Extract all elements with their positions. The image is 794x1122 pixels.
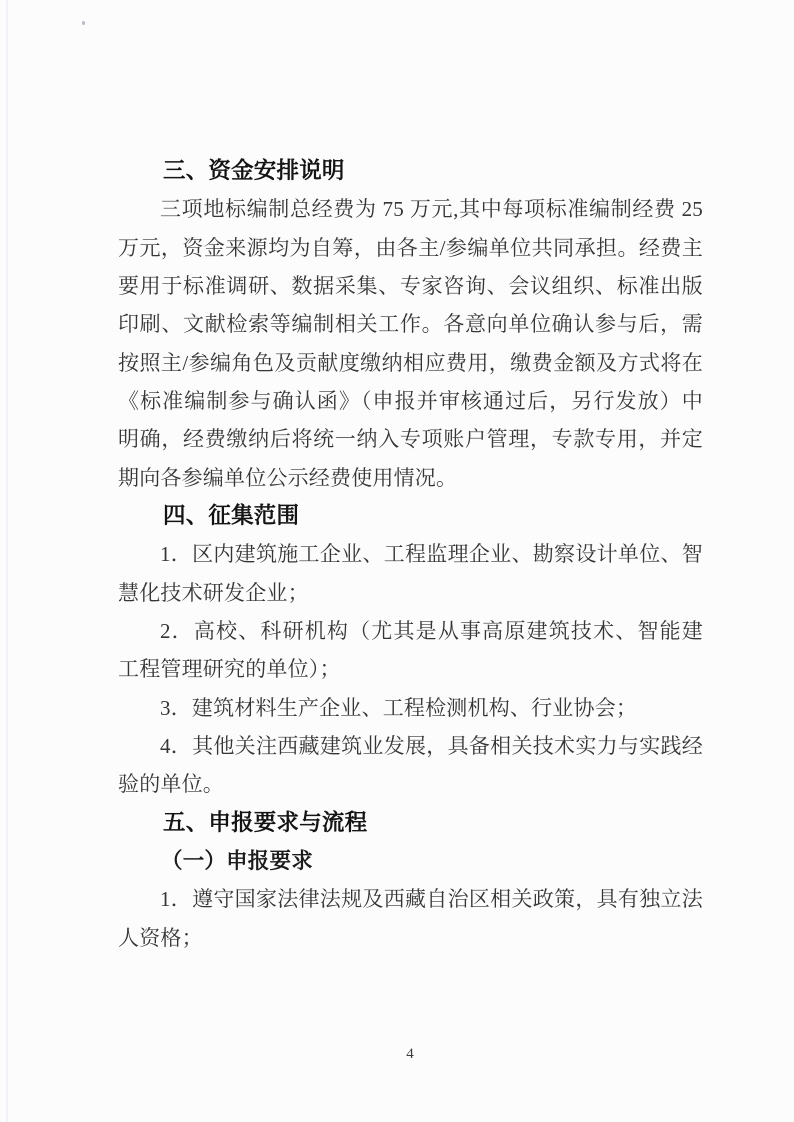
text-line: 4．其他关注西藏建筑业发展，具备相关技术实力与实践经 [118, 727, 703, 765]
text-line: 印刷、文献检索等编制相关工作。各意向单位确认参与后，需 [118, 305, 703, 343]
section-heading-scope: 四、征集范围 [118, 497, 703, 535]
requirement-item-1: 1．遵守国家法律法规及西藏自治区相关政策，具有独立法 人资格； [118, 880, 703, 957]
text-line: 按照主/参编角色及贡献度缴纳相应费用，缴费金额及方式将在 [118, 344, 703, 382]
paragraph-funding-notes: 三项地标编制总经费为 75 万元,其中每项标准编制经费 25 万元，资金来源均为… [118, 190, 703, 497]
section-heading-application: 五、申报要求与流程 [118, 804, 703, 842]
text-line: 期向各参编单位公示经费使用情况。 [118, 459, 703, 497]
scope-item-4: 4．其他关注西藏建筑业发展，具备相关技术实力与实践经 验的单位。 [118, 727, 703, 804]
scan-edge-artifact [6, 0, 8, 1122]
scope-item-3: 3．建筑材料生产企业、工程检测机构、行业协会； [118, 689, 703, 727]
text-line: 3．建筑材料生产企业、工程检测机构、行业协会； [118, 689, 703, 727]
text-line: 2．高校、科研机构（尤其是从事高原建筑技术、智能建造、 [118, 612, 703, 650]
text-line: 明确，经费缴纳后将统一纳入专项账户管理，专款专用，并定 [118, 420, 703, 458]
text-line: 慧化技术研发企业； [118, 574, 703, 612]
scope-item-1: 1．区内建筑施工企业、工程监理企业、勘察设计单位、智 慧化技术研发企业； [118, 535, 703, 612]
section-heading-funding: 三、资金安排说明 [118, 152, 703, 190]
text-line: 1．遵守国家法律法规及西藏自治区相关政策，具有独立法 [118, 880, 703, 918]
text-line: 验的单位。 [118, 765, 703, 803]
document-body: 三、资金安排说明 三项地标编制总经费为 75 万元,其中每项标准编制经费 25 … [118, 152, 703, 957]
text-line: 要用于标准调研、数据采集、专家咨询、会议组织、标准出版 [118, 267, 703, 305]
text-line: 1．区内建筑施工企业、工程监理企业、勘察设计单位、智 [118, 535, 703, 573]
text-line: 人资格； [118, 919, 703, 957]
scope-item-2: 2．高校、科研机构（尤其是从事高原建筑技术、智能建造、 工程管理研究的单位）； [118, 612, 703, 689]
scan-speck [82, 21, 85, 25]
text-line: 万元，资金来源均为自筹，由各主/参编单位共同承担。经费主 [118, 229, 703, 267]
text-line: 《标准编制参与确认函》（申报并审核通过后，另行发放）中 [118, 382, 703, 420]
text-line: 工程管理研究的单位）； [118, 650, 703, 688]
text-line: 三项地标编制总经费为 75 万元,其中每项标准编制经费 25 [118, 190, 703, 228]
page-number: 4 [0, 1044, 794, 1064]
scanned-document-page: 三、资金安排说明 三项地标编制总经费为 75 万元,其中每项标准编制经费 25 … [0, 0, 794, 1122]
subsection-heading-application-requirements: （一）申报要求 [118, 842, 703, 880]
